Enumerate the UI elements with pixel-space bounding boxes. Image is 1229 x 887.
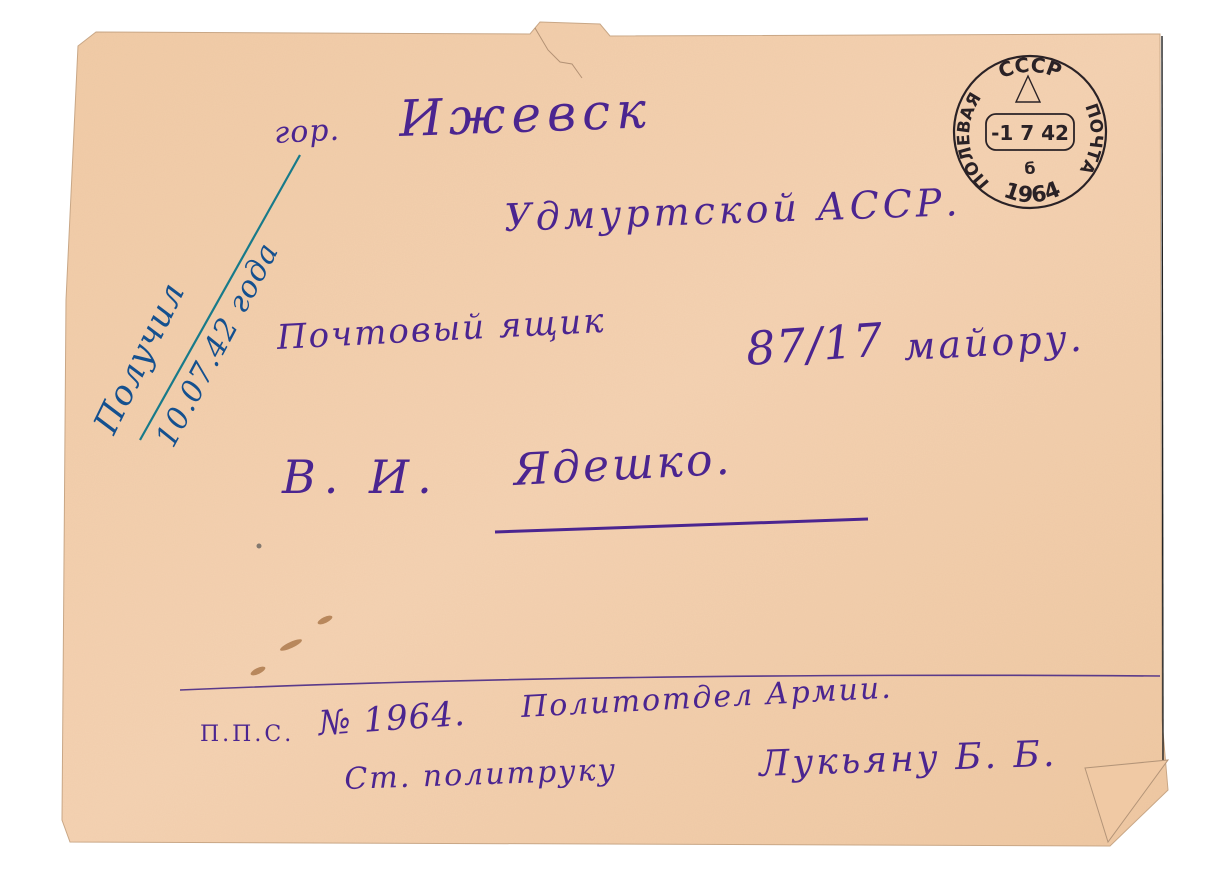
recipient-initials: В. И.: [282, 450, 440, 504]
svg-text:-1 7 42: -1 7 42: [991, 121, 1069, 145]
return-pps-label: П.П.С.: [200, 722, 294, 747]
address-city-prefix: гор.: [273, 113, 341, 151]
svg-text:б: б: [1024, 159, 1035, 178]
envelope-scan: -1 7 42 б СССР ПОЛЕВАЯ ПОЧТА 1964 гор. И…: [0, 0, 1229, 887]
address-city: Ижевск: [398, 81, 653, 148]
address-postbox-number: 87/17: [744, 313, 885, 376]
